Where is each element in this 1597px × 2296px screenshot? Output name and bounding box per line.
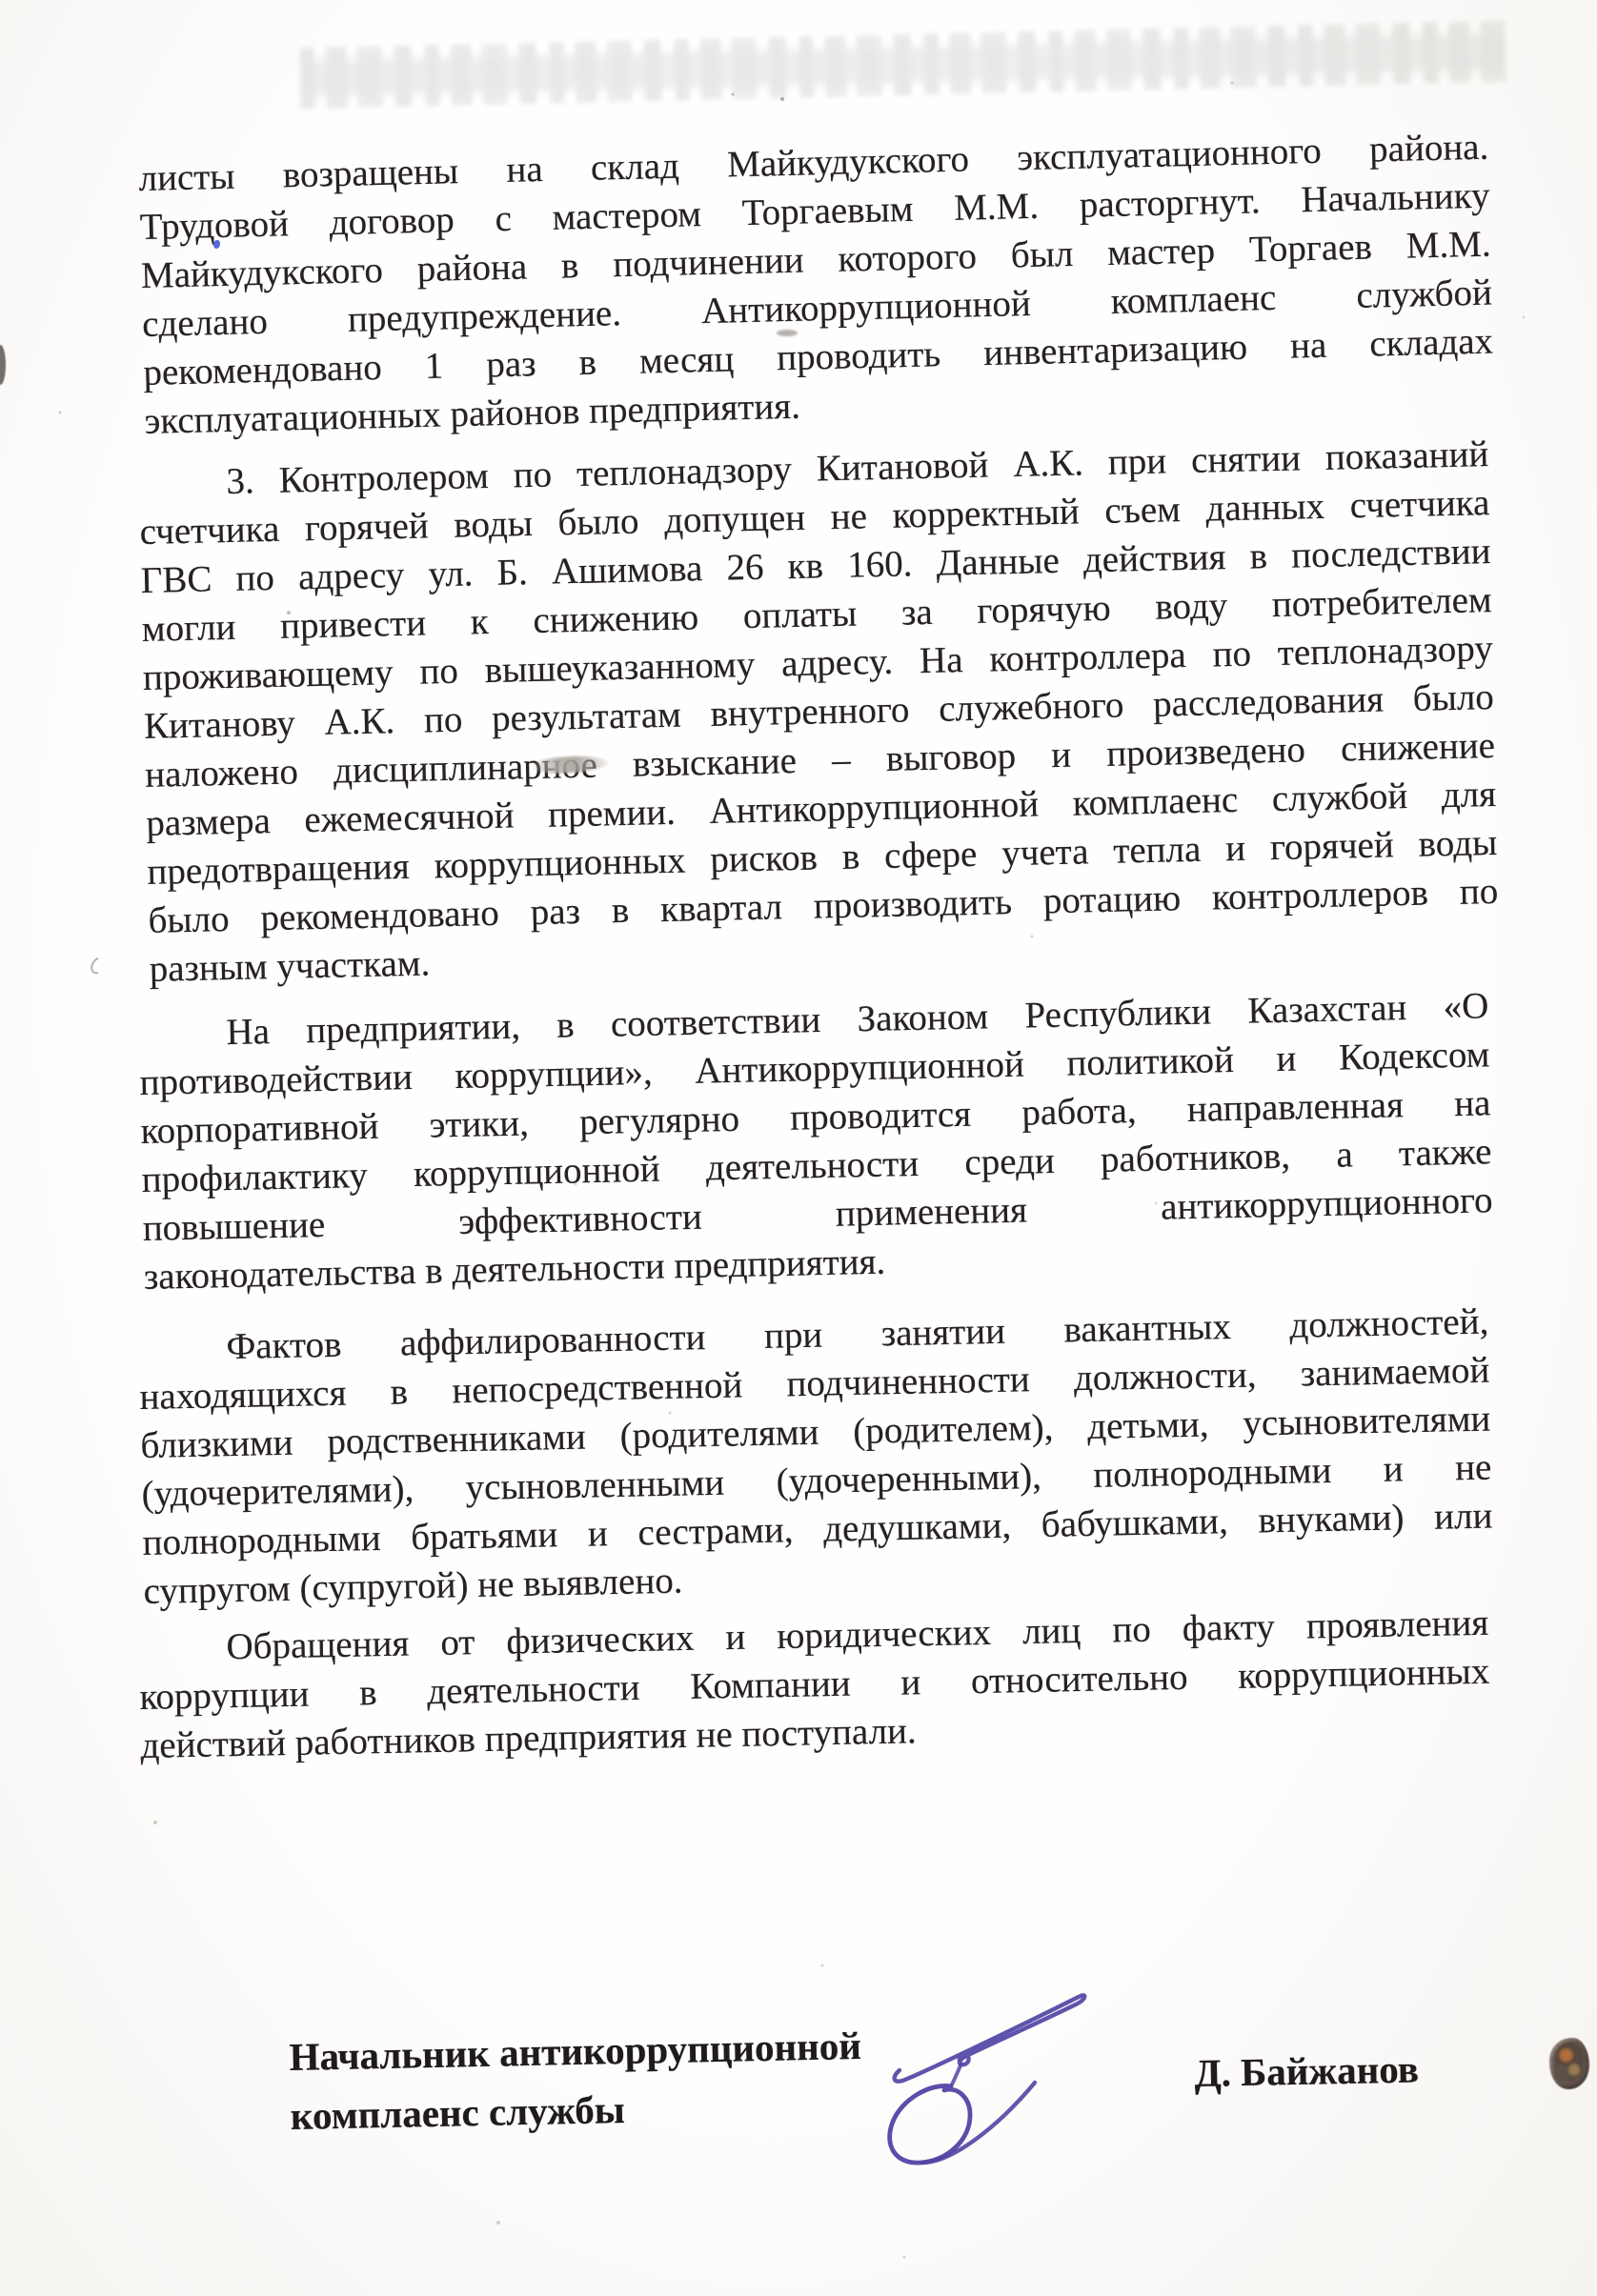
scan-speckles [0,0,2,2]
ink-stain-artifact [1549,2038,1589,2089]
signer-title-line2: комплаенс службы [290,2074,900,2145]
margin-mark-artifact [88,955,109,977]
left-edge-mark-artifact [0,345,6,385]
paragraph: листы возращены на склад Майкудукского э… [138,123,1495,446]
paragraph: 3. Контролером по теплонадзору Китановой… [138,430,1500,994]
signer-name: Д. Байжанов [1194,2045,1419,2096]
scanned-document-page: листы возращены на склад Майкудукского э… [0,0,1597,2296]
bleed-through-text-band [299,21,1506,110]
paragraph: На предприятии, в соответствии Законом Р… [138,981,1494,1301]
grey-dash-artifact [777,330,798,336]
paragraph: Обращения от физических и юридических ли… [138,1599,1491,1770]
paragraph: Фактов аффилированности при занятии вака… [138,1298,1494,1616]
handwritten-signature-ink [884,1974,1109,2180]
signer-title: Начальник антикоррупционной комплаенс сл… [289,2015,900,2145]
signer-title-line1: Начальник антикоррупционной [289,2015,900,2086]
